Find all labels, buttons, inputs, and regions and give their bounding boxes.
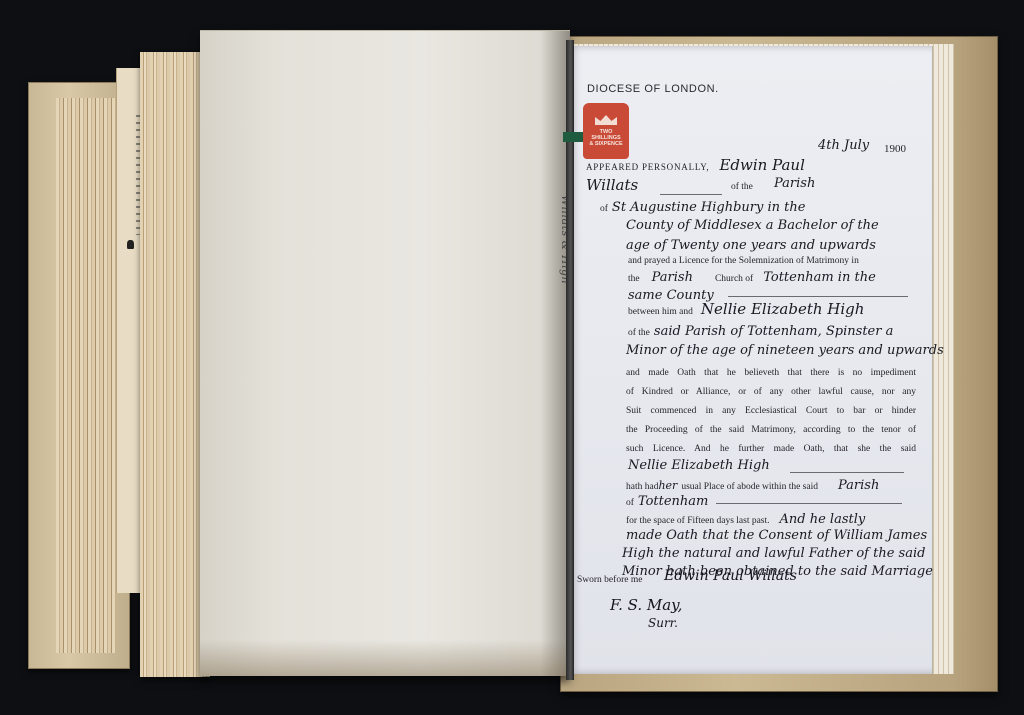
oath-line-4: the Proceeding of the said Matrimony, ac… (626, 425, 916, 435)
line-parish: of St Augustine Highbury in the (600, 198, 805, 216)
line-of-the-said: of the said Parish of Tottenham, Spinste… (628, 322, 893, 340)
line-father: High the natural and lawful Father of th… (622, 546, 925, 561)
line-fifteen-days: for the space of Fifteen days last past.… (626, 510, 865, 528)
rule (660, 194, 722, 195)
date-day: 4th July (818, 138, 869, 153)
diocese-header: DIOCESE OF LONDON. (587, 83, 719, 95)
line-age: age of Twenty one years and upwards (626, 238, 876, 253)
rule (716, 503, 902, 504)
bookmark-ribbon (563, 132, 583, 142)
line-county: County of Middlesex a Bachelor of the (626, 218, 879, 233)
left-page (200, 30, 570, 676)
line-bride-name: Nellie Elizabeth High (628, 458, 770, 473)
ink-blot (127, 240, 134, 249)
crown-icon (595, 115, 617, 125)
oath-line-5: such Licence. And he further made Oath, … (626, 444, 916, 454)
rule (728, 296, 908, 297)
oath-line-1: and made Oath that he believeth that the… (626, 368, 916, 378)
sworn-before-label: Sworn before me (577, 575, 642, 585)
line-prayed: and prayed a Licence for the Solemnizati… (628, 256, 859, 266)
oath-line-2: of Kindred or Alliance, or of any other … (626, 387, 916, 397)
revenue-stamp-icon: TWO SHILLINGS & SIXPENCE (583, 103, 629, 159)
line-minor-age: Minor of the age of nineteen years and u… (626, 343, 944, 358)
line-appeared: APPEARED PERSONALLY, Edwin Paul (586, 156, 805, 175)
oath-line-3: Suit commenced in any Ecclesiastical Cou… (626, 406, 916, 416)
line-church: the Parish Church of Tottenham in the (628, 268, 876, 286)
line-of-tottenham: of Tottenham (626, 492, 708, 510)
line-between: between him and Nellie Elizabeth High (628, 300, 864, 319)
surrogate-title: Surr. (648, 616, 678, 630)
left-page-edges (56, 98, 116, 653)
left-page-stain (200, 640, 570, 676)
date-year: 1900 (884, 143, 906, 155)
groom-signature: Edwin Paul Willats (664, 568, 797, 584)
line-consent: made Oath that the Consent of William Ja… (626, 528, 927, 543)
rule (790, 472, 904, 473)
line-surname: Willats of the Parish (586, 176, 916, 195)
surrogate-signature: F. S. May, (610, 596, 682, 614)
stamp-text-3: & SIXPENCE (589, 141, 622, 147)
